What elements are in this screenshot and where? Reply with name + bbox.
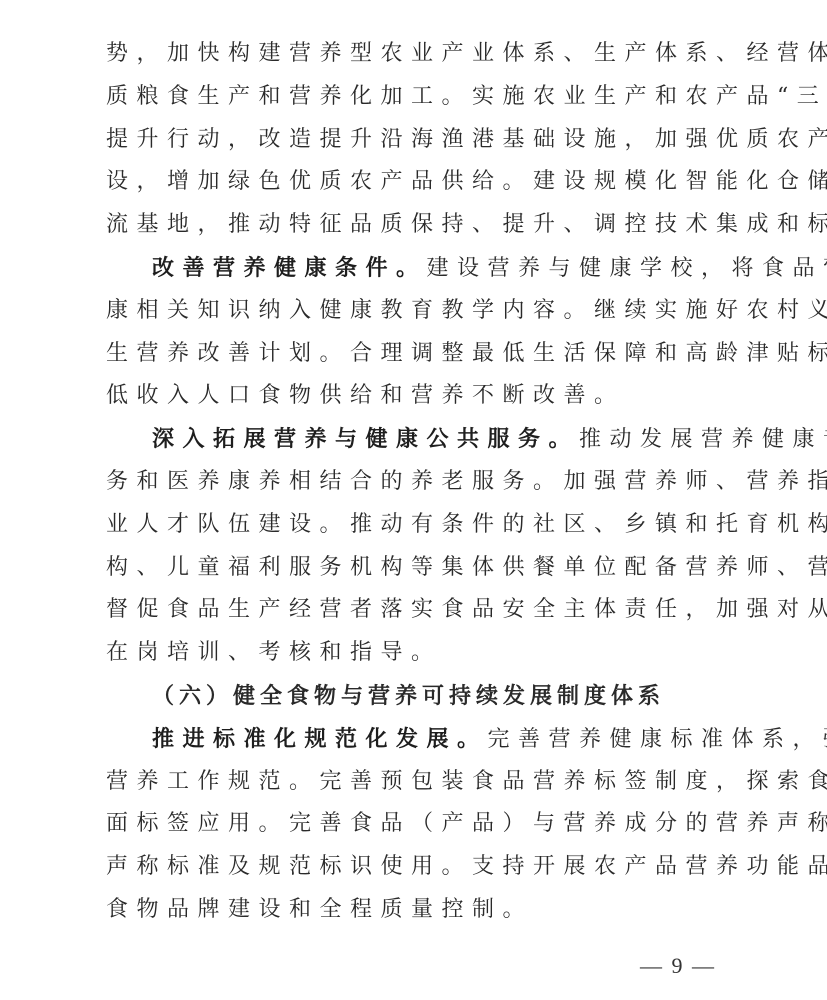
text-line: 提升行动，改造提升沿海渔港基础设施，加强优质农产品基地建 xyxy=(106,119,726,162)
page-number: — 9 — xyxy=(640,953,716,979)
text-line: 康相关知识纳入健康教育教学内容。继续实施好农村义务教育学 xyxy=(106,290,726,333)
text-line: 声称标准及规范标识使用。支持开展农产品营养功能品质评价、 xyxy=(106,846,726,889)
text-line: 食物品牌建设和全程质量控制。 xyxy=(106,889,726,932)
text-line: 生营养改善计划。合理调整最低生活保障和高龄津贴标准，确保 xyxy=(106,333,726,376)
text-line: 面标签应用。完善食品（产品）与营养成分的营养声称、保健功能 xyxy=(106,803,726,846)
text-line: 质粮食生产和营养化加工。实施农业生产和农产品“三品一标” xyxy=(106,76,726,119)
text-line: 推进标准化规范化发展。完善营养健康标准体系，强化临床 xyxy=(106,718,726,761)
text-line: 务和医养康养相结合的养老服务。加强营养师、营养指导员等专 xyxy=(106,461,726,504)
paragraph-text: 完善营养健康标准体系，强化临床 xyxy=(488,727,827,752)
text-line: 督促食品生产经营者落实食品安全主体责任，加强对从业人员的 xyxy=(106,589,726,632)
paragraph-lead: 改善营养健康条件。 xyxy=(152,255,427,281)
paragraph-lead: 深入拓展营养与健康公共服务。 xyxy=(152,426,579,452)
paragraph-text: 推动发展营养健康专业化服 xyxy=(579,427,827,452)
document-page: 势，加快构建营养型农业产业体系、生产体系、经营体系。加强优 质粮食生产和营养化加… xyxy=(106,33,726,932)
paragraph-public-services: 深入拓展营养与健康公共服务。推动发展营养健康专业化服 务和医养康养相结合的养老服… xyxy=(106,418,726,675)
text-line: 势，加快构建营养型农业产业体系、生产体系、经营体系。加强优 xyxy=(106,33,726,76)
text-line: 流基地，推动特征品质保持、提升、调控技术集成和标准化应用。 xyxy=(106,204,726,247)
text-line: 构、儿童福利服务机构等集体供餐单位配备营养师、营养指导员。 xyxy=(106,547,726,590)
paragraph-text: 建设营养与健康学校，将食品营养与健 xyxy=(427,256,827,281)
paragraph-standardization: 推进标准化规范化发展。完善营养健康标准体系，强化临床 营养工作规范。完善预包装食… xyxy=(106,718,726,932)
section-heading: （六）健全食物与营养可持续发展制度体系 xyxy=(106,675,726,718)
text-line: 业人才队伍建设。推动有条件的社区、乡镇和托育机构、养老机 xyxy=(106,504,726,547)
text-line: 改善营养健康条件。建设营养与健康学校，将食品营养与健 xyxy=(106,247,726,290)
text-line: 营养工作规范。完善预包装食品营养标签制度，探索食品包装正 xyxy=(106,761,726,804)
paragraph-continuation: 势，加快构建营养型农业产业体系、生产体系、经营体系。加强优 质粮食生产和营养化加… xyxy=(106,33,726,247)
paragraph-lead: 推进标准化规范化发展。 xyxy=(152,726,488,752)
text-line: 深入拓展营养与健康公共服务。推动发展营养健康专业化服 xyxy=(106,418,726,461)
paragraph-nutrition-conditions: 改善营养健康条件。建设营养与健康学校，将食品营养与健 康相关知识纳入健康教育教学… xyxy=(106,247,726,418)
text-line: 设，增加绿色优质农产品供给。建设规模化智能化仓储加工和物 xyxy=(106,161,726,204)
text-line: 在岗培训、考核和指导。 xyxy=(106,632,726,675)
text-line: 低收入人口食物供给和营养不断改善。 xyxy=(106,375,726,418)
